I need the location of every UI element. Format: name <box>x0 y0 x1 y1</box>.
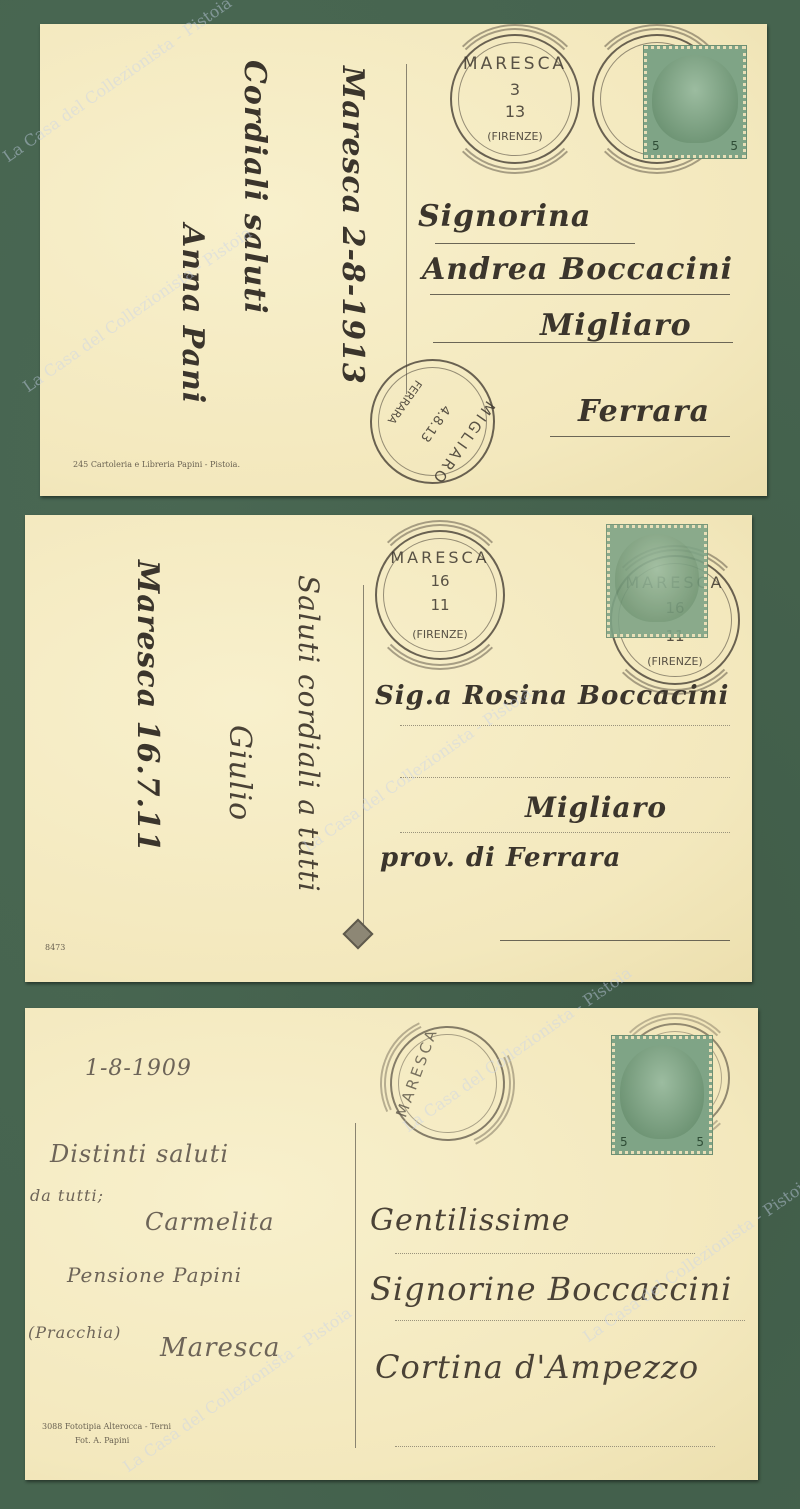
divider-line <box>363 585 364 925</box>
address-line-3: Migliaro <box>540 308 692 343</box>
address-line-3: Cortina d'Ampezzo <box>375 1348 699 1386</box>
printer-imprint: 245 Cartoleria e Libreria Papini - Pisto… <box>73 460 240 469</box>
postage-stamp <box>607 525 707 637</box>
message-line-3: Carmelita <box>145 1208 274 1236</box>
address-rule <box>400 777 730 778</box>
address-line-1: Gentilissime <box>370 1203 570 1238</box>
postcard-2: Saluti cordiali a tutti Giulio Maresca 1… <box>25 515 752 982</box>
address-rule <box>550 436 730 437</box>
message-place-date: Maresca 2-8-1913 <box>335 66 370 385</box>
address-rule <box>500 940 730 941</box>
message-date: 1-8-1909 <box>85 1056 192 1081</box>
address-rule <box>395 1320 745 1321</box>
postcard-1: Maresca 2-8-1913 Cordiali saluti Anna Pa… <box>40 24 767 496</box>
address-rule <box>395 1253 695 1254</box>
postage-stamp: 5 5 <box>644 46 746 158</box>
divider-line <box>355 1123 356 1448</box>
message-greeting: Cordiali saluti <box>237 60 272 315</box>
postmark-maresca: MARESCA 3 13 (FIRENZE) <box>450 34 580 164</box>
message-signature: Anna Pani <box>175 224 210 404</box>
postmark-migliaro: MIGLIARO 4.8.13 FERRARA <box>345 334 519 496</box>
printer-imprint: 3088 Fototipia Alterocca - Terni <box>42 1422 171 1431</box>
address-line-1: Signorina <box>418 199 591 234</box>
address-line-3: Migliaro <box>525 791 667 824</box>
message-line-4: Pensione Papini <box>67 1263 242 1287</box>
address-line-2: Signorine Boccaccini <box>370 1270 732 1308</box>
address-rule <box>435 243 635 244</box>
message-greeting: Saluti cordiali a tutti <box>292 575 325 893</box>
divider-line <box>406 64 407 394</box>
postmark-maresca: MARESCA 16 11 (FIRENZE) <box>375 530 505 660</box>
address-rule <box>400 725 730 726</box>
address-rule <box>395 1446 715 1447</box>
address-line-2: Andrea Boccacini <box>422 252 733 287</box>
message-line-1: Distinti saluti <box>50 1140 229 1168</box>
address-line-4: Ferrara <box>578 394 710 429</box>
postmark-maresca: MARESCA <box>374 1010 521 1157</box>
address-rule <box>433 342 733 343</box>
message-line-2: da tutti; <box>30 1186 104 1205</box>
message-line-5: (Pracchia) <box>28 1323 121 1342</box>
printer-imprint-photographer: Fot. A. Papini <box>75 1436 129 1445</box>
message-signature: Giulio <box>222 725 257 821</box>
message-line-6: Maresca <box>160 1333 280 1363</box>
printer-imprint: 8473 <box>45 943 65 952</box>
address-line-4: prov. di Ferrara <box>380 843 621 873</box>
publisher-logo <box>342 918 373 949</box>
message-place-date: Maresca 16.7.11 <box>130 560 165 853</box>
address-rule <box>400 832 730 833</box>
postage-stamp: 5 5 <box>612 1036 712 1154</box>
address-rule <box>430 294 730 295</box>
postcard-3: 1-8-1909 Distinti saluti da tutti; Carme… <box>25 1008 758 1480</box>
